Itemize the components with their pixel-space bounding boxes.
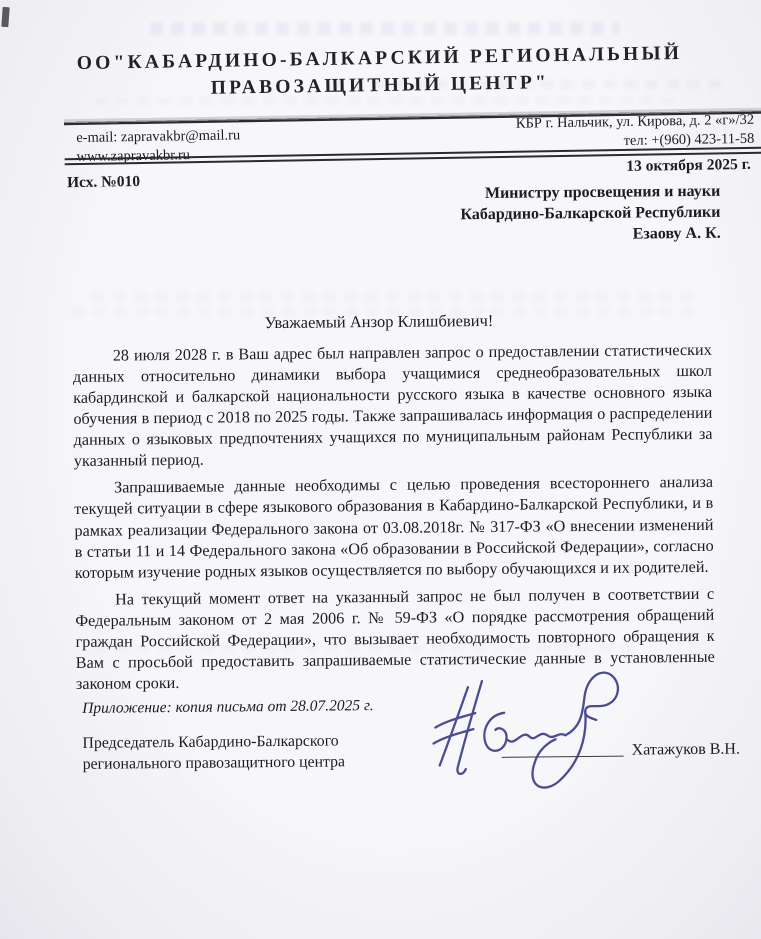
recipient-line: Министру просвещения и науки: [460, 182, 720, 205]
signer-position-line: регионального правозащитного центра: [83, 752, 346, 775]
signer-position-line: Председатель Кабардино-Балкарского: [82, 731, 345, 754]
attachment-note: Приложение: копия письма от 28.07.2025 г…: [82, 697, 374, 718]
body-paragraph: Запрашиваемые данные необходимы с целью …: [74, 472, 714, 583]
handwritten-signature: [422, 660, 628, 810]
recipient-block: Министру просвещения и науки Кабардино-Б…: [460, 182, 721, 247]
salutation: Уважаемый Анзор Клишбиевич!: [0, 308, 760, 335]
signer-position: Председатель Кабардино-Балкарского регио…: [82, 731, 345, 775]
letter-text: 28 июля 2028 г. в Ваш адрес был направле…: [73, 340, 715, 701]
scanned-letter-page: ОО"КАБАРДИНО-БАЛКАРСКИЙ РЕГИОНАЛЬНЫЙ ПРА…: [0, 0, 761, 939]
signature-ink-icon: [422, 660, 628, 810]
recipient-line: Кабардино-Балкарской Республики: [460, 203, 720, 226]
signer-name: Хатажуков В.Н.: [632, 741, 740, 760]
letter-body: Министру просвещения и науки Кабардино-Б…: [0, 0, 761, 939]
recipient-line: Езаову А. К.: [461, 223, 721, 246]
body-paragraph: 28 июля 2028 г. в Ваш адрес был направле…: [73, 340, 713, 473]
